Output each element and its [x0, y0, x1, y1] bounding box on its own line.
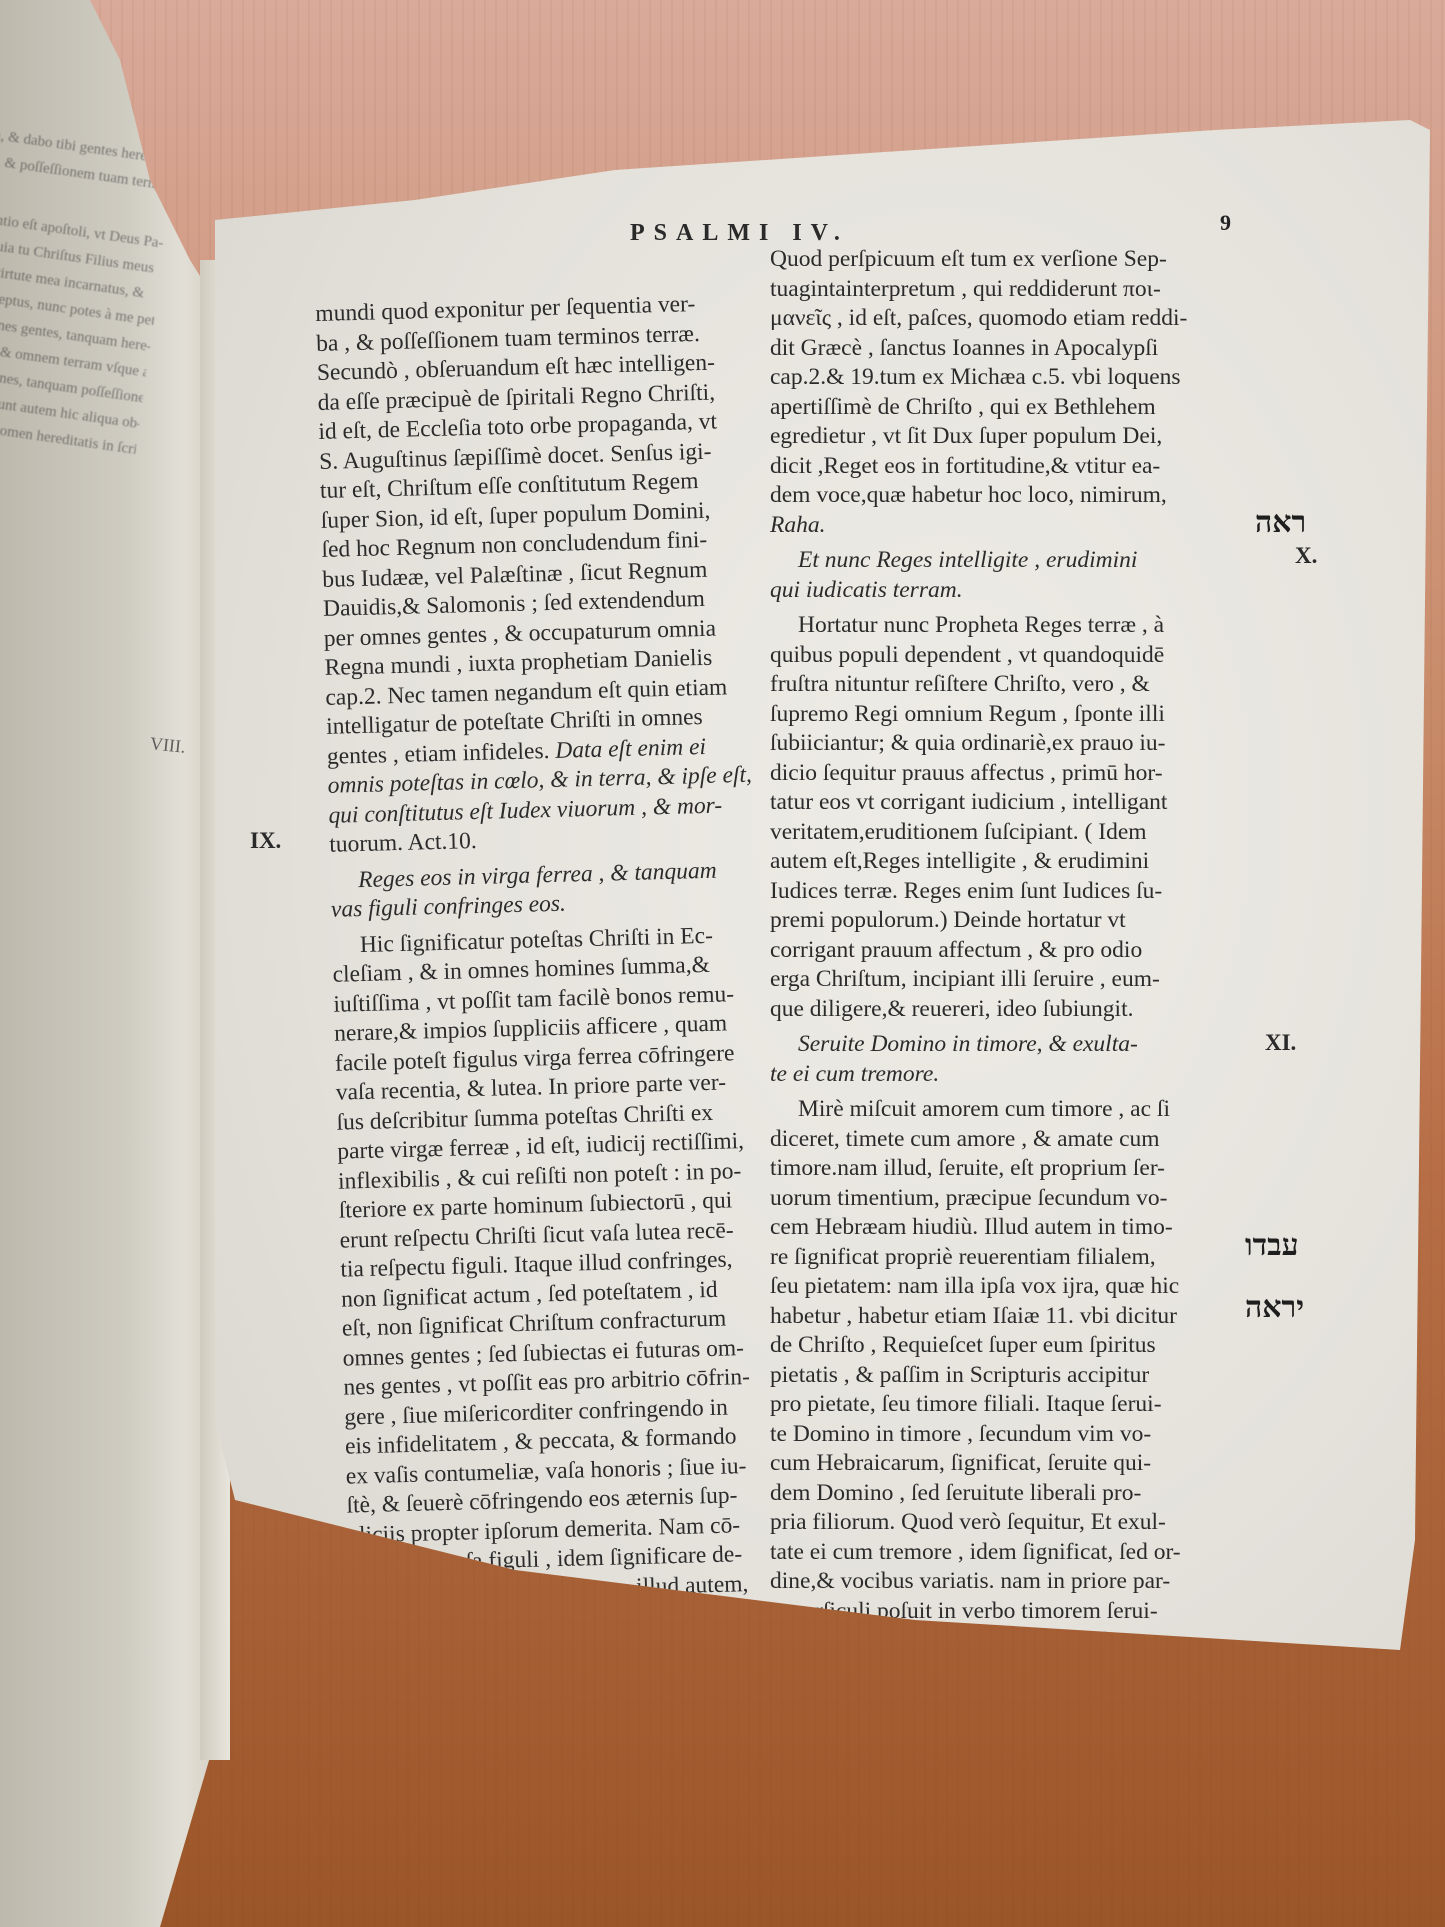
text-line: apertiſſimè de Chriſto , qui ex Bethlehe… [770, 393, 1245, 423]
commentary-line: te verſiculi poſuit in verbo timorem ſer… [770, 1597, 1245, 1627]
commentary-line: de Chriſto , Requieſcet ſuper eum ſpirit… [770, 1331, 1245, 1361]
catchword: ſteriori [1180, 1650, 1240, 1676]
commentary-line: tate ei cum tremore , idem ſignificat, ſ… [770, 1538, 1245, 1568]
commentary-line: corrigant prauum affectum , & pro odio [770, 936, 1245, 966]
commentary-line: erga Chriſtum, incipiant illi ſeruire , … [770, 965, 1245, 995]
left-column: mundi quod exponitur per ſequentia ver- … [315, 289, 781, 1698]
verse-lemma-xi: te ei cum tremore. [770, 1060, 1245, 1090]
commentary-line: diceret, timete cum amore , & amate cum [770, 1125, 1245, 1155]
commentary-line: Hortatur nunc Propheta Reges terræ , à [770, 611, 1245, 641]
commentary-line: ſubiiciantur; & quia ordinariè,ex prauo … [770, 729, 1245, 759]
hebrew-marginal-ivdu: עבדו [1245, 1228, 1299, 1263]
verse-lemma-x: Et nunc Reges intelligite , erudimini [770, 546, 1245, 576]
commentary-line: cem Hebræam hiudiù. Illud autem in timo- [770, 1213, 1245, 1243]
commentary-line: punitionem impiorum , ſed ad regimen [350, 1628, 781, 1669]
text-line: egredietur , vt ſit Dux ſuper populum De… [770, 422, 1245, 452]
commentary-line: autem eſt,Reges intelligite , & erudimin… [770, 847, 1245, 877]
facing-left-page: ...m, & dabo tibi gentes heredi- ...m, &… [0, 0, 215, 1927]
text-line: tuagintainterpretum , qui reddiderunt πο… [770, 275, 1245, 305]
text-line: Quod perſpicuum eſt tum ex verſione Sep- [770, 245, 1245, 275]
facing-page-text: ...m, & dabo tibi gentes heredi- ...m, &… [0, 120, 178, 463]
commentary-line: bet,quod reges in virga ferrea, illud au… [349, 1569, 780, 1610]
verse-marker-xi: XI. [1265, 1030, 1296, 1056]
scripture-quote: Data eſt enim ei [555, 733, 706, 763]
commentary-line: totius Eccleſiæ iuſtum , & potentiſſimum… [351, 1657, 782, 1698]
commentary-line: te Domino in timore , ſecundum vim vo- [770, 1420, 1245, 1450]
commentary-line: re ſignificat propriè reuerentiam filial… [770, 1243, 1245, 1273]
right-page: PSALMI IV. 9 mundi quod exponitur per ſe… [215, 120, 1430, 1840]
commentary-line: quibus populi dependent , vt quandoquidē [770, 641, 1245, 671]
commentary-line: Mirè miſcuit amorem cum timore , ac ſi [770, 1095, 1245, 1125]
commentary-line: pro pietate, ſeu timore filiali. Itaque … [770, 1390, 1245, 1420]
verse-marker-x: X. [1295, 543, 1317, 569]
commentary-line: uorum timentium, præcipue ſecundum vo- [770, 1184, 1245, 1214]
commentary-line: ſeu pietatem: nam illa ipſa vox ijra, qu… [770, 1272, 1245, 1302]
text-line: dem voce,quæ habetur hoc loco, nimirum, [770, 481, 1245, 511]
commentary-line: Iudices terræ. Reges enim ſunt Iudices ſ… [770, 877, 1245, 907]
text-line: dit Græcè , ſanctus Ioannes in Apocalypſ… [770, 334, 1245, 364]
commentary-line: ſupremo Regi omnium Regum , ſponte illi [770, 700, 1245, 730]
commentary-line: pietatis , & paſſim in Scripturis accipi… [770, 1361, 1245, 1391]
hebrew-marginal-raah: ראה [1255, 505, 1306, 540]
verse-lemma-x: qui iudicatis terram. [770, 576, 1245, 606]
commentary-line: fruſtra nituntur reſiſtere Chriſto, vero… [770, 670, 1245, 700]
text-line: cap.2.& 19.tum ex Michæa c.5. vbi loquen… [770, 363, 1245, 393]
running-head: PSALMI IV. [630, 220, 849, 247]
commentary-line: premi populorum.) Deinde hortatur vt [770, 906, 1245, 936]
signature-mark: B [1005, 1650, 1020, 1676]
commentary-line: reges in virga ferrea, non refertur ad ſ… [349, 1598, 780, 1639]
text-line: dicit ,Reget eos in fortitudine,& vtitur… [770, 452, 1245, 482]
commentary-line: habetur , habetur etiam Iſaiæ 11. vbi di… [770, 1302, 1245, 1332]
commentary-line: timore.nam illud, ſeruite, eſt proprium … [770, 1154, 1245, 1184]
commentary-line: dem Domino , ſed ſeruitute liberali pro- [770, 1479, 1245, 1509]
commentary-line: dicio ſequitur prauus affectus , primū h… [770, 759, 1245, 789]
hebrew-transliteration: Raha. [770, 511, 1245, 541]
facing-verse-marker: VIII. [149, 733, 186, 758]
page-number: 9 [1220, 210, 1231, 236]
commentary-line: lem, in nomine , pietatem filialem: in p… [770, 1626, 1245, 1656]
verse-marker-ix: IX. [250, 828, 281, 854]
commentary-line: dine,& vocibus variatis. nam in priore p… [770, 1567, 1245, 1597]
commentary-line: veritatem,eruditionem ſuſcipiant. ( Idem [770, 818, 1245, 848]
hebrew-marginal-yirah: יראה [1245, 1290, 1304, 1325]
commentary-line: que diligere,& reuereri, ideo ſubiungit. [770, 995, 1245, 1025]
right-column: Quod perſpicuum eſt tum ex verſione Sep-… [770, 245, 1245, 1656]
commentary-line: cum Hebraicarum, ſignificat, ſeruite qui… [770, 1449, 1245, 1479]
commentary-line: tatur eos vt corrigant iudicium , intell… [770, 788, 1245, 818]
verse-lemma-xi: Seruite Domino in timore, & exulta- [770, 1030, 1245, 1060]
commentary-line: pria filiorum. Quod verò ſequitur, Et ex… [770, 1508, 1245, 1538]
text-segment: gentes , etiam infideles. [327, 738, 550, 770]
text-line: μανεῖς , id eſt, paſces, quomodo etiam r… [770, 304, 1245, 334]
